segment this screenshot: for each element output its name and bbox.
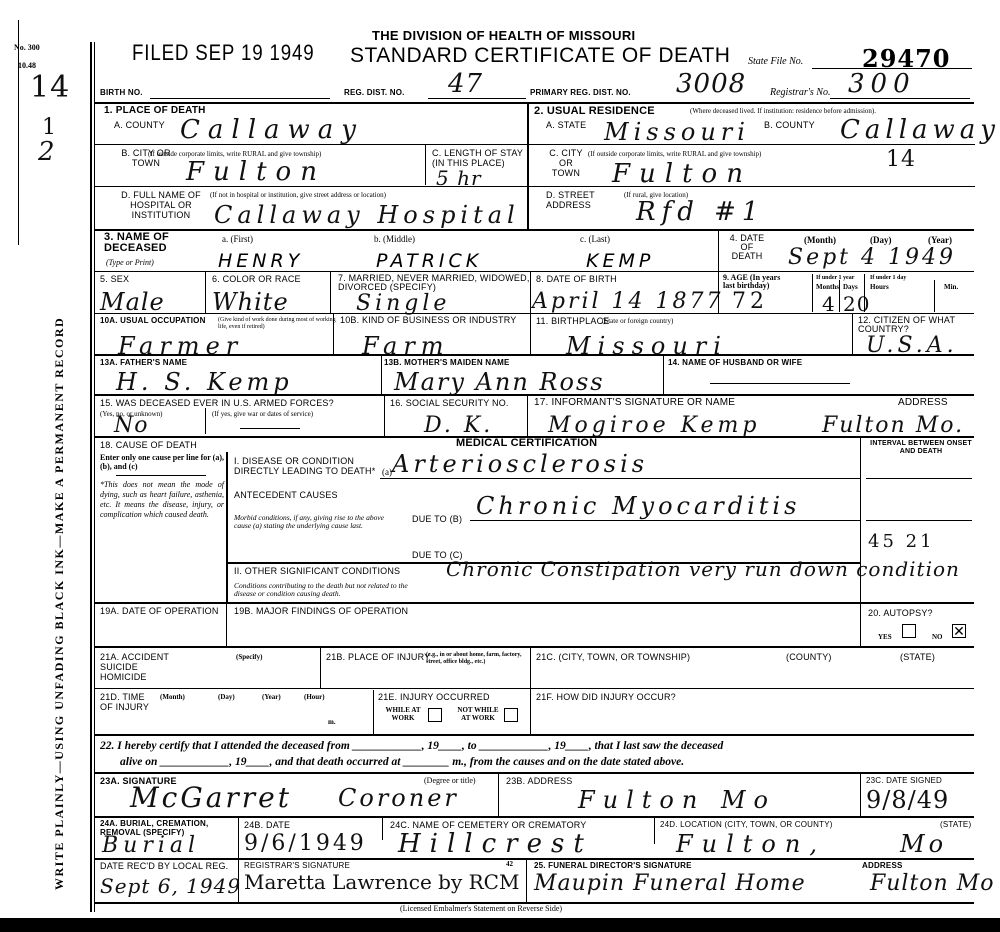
burial-location-state-label: (State): [940, 820, 971, 830]
funeral-director-value: Maupin Funeral Home: [534, 872, 806, 896]
rule: [866, 478, 972, 479]
margin-handwritten-2: 2: [38, 140, 56, 164]
injury-how-label: 21f. HOW DID INJURY OCCUR?: [536, 692, 676, 702]
dob-value: April 14 1877: [532, 290, 724, 314]
rule: [866, 520, 972, 521]
dod-month-label: (Month): [804, 236, 836, 244]
footer-note: (Licensed Embalmer's Statement on Revers…: [400, 905, 562, 913]
reg-dist-underline: [428, 98, 526, 99]
stay-label: c. LENGTH OF STAY (in this place): [432, 148, 527, 168]
reg-dist-label: REG. DIST. NO.: [344, 88, 405, 98]
residence-heading: 2. USUAL RESIDENCE: [534, 106, 655, 116]
divider: [425, 145, 426, 185]
dod-label: 4. DATE OF DEATH: [724, 234, 770, 261]
pod-county-label: a. COUNTY: [114, 120, 165, 130]
registrar-underline: [830, 98, 970, 99]
rule: [470, 520, 860, 521]
minutes-label: Min.: [944, 283, 958, 291]
rule: [94, 772, 974, 774]
divider: [718, 231, 719, 271]
injury-m-label: m.: [328, 718, 336, 726]
injury-type-note: (Specify): [236, 653, 262, 661]
check-x-icon: ✕: [953, 625, 965, 637]
res-street-value: Rfd #1: [636, 200, 764, 224]
last-name-value: KEMP: [586, 250, 654, 272]
rule: [94, 646, 974, 648]
marital-label: 7. MARRIED, NEVER MARRIED, WIDOWED, DIVO…: [338, 274, 538, 292]
scan-border: [0, 918, 1000, 932]
res-margin-note: 14: [886, 148, 916, 172]
injury-month-label: (Month): [160, 693, 185, 701]
father-value: H. S. Kemp: [116, 370, 293, 394]
rule: [94, 186, 527, 187]
injury-place-label: 21b. PLACE OF INJURY: [326, 652, 430, 662]
signature-value: McGarret: [130, 786, 292, 810]
divider: [718, 272, 719, 314]
margin-code: 10.48: [18, 62, 36, 70]
rule: [94, 858, 974, 860]
burial-location-value: Fulton,: [676, 832, 826, 856]
rule: [529, 144, 975, 145]
divider: [530, 272, 531, 314]
res-state-label: a. STATE: [546, 120, 586, 130]
autopsy-no-checkbox[interactable]: ✕: [952, 624, 966, 638]
informant-value: Mogiroe Kemp: [548, 414, 760, 438]
dod-value: Sept 4 1949: [788, 246, 956, 270]
divider: [654, 818, 655, 844]
under-day-label: If under 1 day: [870, 274, 906, 282]
injury-location-label: 21c. (CITY, TOWN, OR TOWNSHIP): [536, 652, 690, 662]
divider: [864, 274, 865, 312]
hospital-label: d. FULL NAME OF HOSPITAL OR INSTITUTION: [116, 190, 206, 220]
race-label: 6. COLOR OR RACE: [212, 274, 301, 284]
father-label: 13a. FATHER'S NAME: [100, 358, 187, 368]
injury-day-label: (Day): [218, 693, 235, 701]
race-value: White: [212, 290, 289, 314]
received-label: DATE REC'D BY LOCAL REG.: [100, 861, 228, 871]
registrar-code: 42: [506, 860, 513, 868]
divider: [839, 280, 840, 312]
rule: [94, 354, 974, 356]
res-street-label: d. STREET ADDRESS: [546, 190, 602, 210]
hospital-value: Callaway Hospital: [214, 203, 520, 227]
spouse-label: 14. NAME OF HUSBAND OR WIFE: [668, 358, 802, 368]
res-state-value: Missouri: [604, 120, 750, 144]
rule: [94, 271, 974, 272]
birth-no-underline: [150, 98, 330, 99]
reg-dist-number: 47: [448, 72, 483, 96]
divider: [812, 274, 813, 312]
form-left-border: [90, 42, 92, 912]
armed-service-dash: [240, 428, 300, 429]
cemetery-value: Hillcrest: [398, 832, 593, 856]
not-while-at-work-label: NOT WHILE AT WORK: [454, 706, 502, 722]
divider: [320, 648, 321, 688]
injury-time-label: 21d. TIME OF INJURY: [100, 692, 160, 712]
operation-date-label: 19a. DATE OF OPERATION: [100, 606, 222, 616]
agency-name: THE DIVISION OF HEALTH OF MISSOURI: [372, 28, 635, 43]
cause-a-marker: (a): [382, 468, 392, 476]
antecedent-note: Morbid conditions, if any, giving rise t…: [234, 514, 394, 530]
divider: [860, 438, 861, 602]
date-signed-label: 23c. DATE SIGNED: [866, 776, 942, 786]
divider: [526, 860, 527, 904]
primary-reg-label: PRIMARY REG. DIST. NO.: [530, 88, 631, 98]
citizen-label: 12. CITIZEN OF WHAT COUNTRY?: [858, 316, 978, 334]
mother-label: 13b. MOTHER'S MAIDEN NAME: [384, 358, 510, 368]
while-at-work-label: WHILE AT WORK: [380, 706, 426, 722]
divider: [384, 396, 385, 436]
cause-b-value: Chronic Myocarditis: [476, 494, 800, 518]
burial-date-value: 9/6/1949: [244, 832, 367, 856]
residence-note: (Where deceased lived. If institution: r…: [690, 107, 980, 115]
pod-city-value: Fulton: [186, 160, 326, 184]
rule: [94, 394, 974, 396]
injury-county-label: (COUNTY): [786, 652, 832, 662]
divider: [527, 396, 528, 436]
cause-instruction: Enter only one cause per line for (a), (…: [100, 453, 224, 471]
autopsy-no-label: NO: [932, 633, 943, 641]
informant-address-value: Fulton Mo.: [822, 414, 964, 438]
hospital-note: (If not in hospital or institution, give…: [210, 191, 386, 199]
ssn-label: 16. SOCIAL SECURITY NO.: [390, 398, 524, 408]
under-year-label: If under 1 year: [816, 274, 854, 282]
title-value: Coroner: [338, 786, 459, 810]
divider: [530, 648, 531, 734]
res-county-value: Callaway: [840, 118, 1000, 142]
birthplace-note: (State or foreign country): [602, 317, 673, 325]
spouse-dash: [710, 383, 850, 384]
injury-state-label: (STATE): [900, 652, 935, 662]
state-file-label: State File No.: [748, 57, 803, 66]
certify-line1: 22. I hereby certify that I attended the…: [100, 740, 723, 752]
business-label: 10b. KIND OF BUSINESS OR INDUSTRY: [340, 316, 530, 325]
injury-year-label: (Year): [262, 693, 281, 701]
injury-occurred-label: 21e. INJURY OCCURRED: [378, 692, 490, 702]
address-label: 23b. ADDRESS: [506, 776, 572, 786]
header-rule: [94, 102, 974, 104]
date-signed-value: 9/8/49: [866, 788, 949, 812]
burial-date-label: 24b. DATE: [244, 820, 290, 830]
registrar-no-label: Registrar's No.: [770, 88, 830, 97]
divider: [205, 408, 206, 434]
pod-county-value: Callaway: [180, 118, 364, 142]
form-left-border-inner: [94, 42, 95, 912]
rule: [94, 734, 974, 736]
armed-forces-value: No: [114, 414, 149, 438]
cause-instruction-rule: [116, 475, 206, 476]
first-name-label: a. (First): [222, 235, 253, 243]
occupation-note: (Give kind of work done during most of w…: [100, 317, 336, 331]
res-city-value: Fulton: [612, 162, 752, 186]
sidebar-instruction: WRITE PLAINLY—USING UNFADING BLACK INK—M…: [52, 317, 67, 890]
rule: [94, 688, 974, 689]
informant-label: 17. INFORMANT'S SIGNATURE OR NAME: [534, 398, 735, 408]
certify-line2: alive on ____________, 19____, and that …: [120, 756, 684, 768]
middle-name-label: b. (Middle): [374, 235, 415, 243]
antecedent-label: ANTECEDENT CAUSES: [234, 490, 338, 500]
rule: [94, 816, 974, 818]
injury-hour-label: (Hour): [304, 693, 325, 701]
cause-footnote: *This does not mean the mode of dying, s…: [100, 480, 224, 520]
funeral-address-label: ADDRESS: [862, 861, 903, 871]
middle-name-value: PATRICK: [376, 250, 482, 272]
operation-findings-label: 19b. MAJOR FINDINGS OF OPERATION: [234, 606, 408, 616]
divider: [333, 314, 334, 354]
armed-forces-label: 15. WAS DECEASED EVER IN U.S. ARMED FORC…: [100, 398, 334, 408]
interval-label: INTERVAL BETWEEN ONSET AND DEATH: [868, 440, 974, 456]
armed-forces-note2: (If yes, give war or dates of service): [212, 410, 313, 418]
registrar-number: 300: [848, 72, 916, 96]
filed-stamp: FILED SEP 19 1949: [132, 40, 315, 66]
mother-value: Mary Ann Ross: [394, 370, 605, 394]
not-while-at-work-checkbox[interactable]: [504, 708, 518, 722]
cause-label: 18. CAUSE OF DEATH: [100, 440, 197, 450]
divider: [226, 452, 228, 602]
received-value: Sept 6, 1949: [100, 874, 241, 898]
part2-label: II. OTHER SIGNIFICANT CONDITIONS: [234, 566, 400, 576]
rule: [380, 478, 860, 479]
medical-certification-heading: MEDICAL CERTIFICATION: [456, 438, 597, 448]
primary-reg-number: 3008: [676, 72, 746, 96]
injury-type-label: 21a. ACCIDENT SUICIDE HOMICIDE: [100, 652, 180, 682]
certificate-title: STANDARD CERTIFICATE OF DEATH: [350, 44, 730, 68]
address-value: Fulton Mo: [578, 788, 776, 812]
divider: [498, 774, 499, 816]
rule: [94, 229, 974, 231]
sex-value: Male: [100, 290, 165, 314]
name-note: (Type or Print): [106, 258, 154, 267]
cause-a-value: Arteriosclerosis: [392, 452, 648, 476]
burial-location-state-value: Mo: [900, 832, 947, 856]
sex-label: 5. SEX: [100, 274, 129, 284]
divider: [382, 818, 383, 840]
rule: [94, 144, 527, 145]
hours-label: Hours: [870, 283, 889, 291]
name-label: 3. NAME OF DECEASED: [104, 232, 184, 254]
burial-type-value: Burial: [102, 834, 200, 858]
dob-label: 8. DATE OF BIRTH: [536, 274, 617, 284]
injury-place-note: (e.g., in or about home, farm, factory, …: [426, 652, 526, 666]
divider: [330, 272, 331, 314]
part2-note: Conditions contributing to the death but…: [234, 582, 414, 598]
autopsy-yes-label: YES: [878, 633, 892, 641]
days-label: Days: [843, 283, 858, 291]
divider: [860, 774, 861, 816]
rule: [94, 313, 974, 314]
divider: [934, 280, 935, 312]
last-name-label: c. (Last): [580, 235, 610, 243]
autopsy-yes-checkbox[interactable]: [902, 624, 916, 638]
divider: [663, 356, 664, 394]
birthplace-label: 11. BIRTHPLACE: [536, 316, 610, 326]
dod-day-label: (Day): [870, 236, 892, 244]
divider: [527, 104, 529, 229]
margin-handwritten-14: 14: [30, 76, 70, 100]
due-to-b-label: DUE TO (b): [412, 514, 462, 524]
divider: [852, 314, 853, 354]
res-county-label: b. COUNTY: [764, 120, 815, 130]
margin-rule: [18, 20, 19, 245]
burial-location-label: 24d. LOCATION (City, town, or county): [660, 820, 833, 830]
informant-address-label: ADDRESS: [898, 398, 948, 408]
divider: [226, 604, 227, 646]
divider: [373, 690, 374, 734]
divider: [381, 356, 382, 394]
res-city-note: (If outside corporate limits, write RURA…: [588, 150, 848, 158]
age-label: 9. AGE (In years last birthday): [723, 274, 781, 290]
birth-no-label: BIRTH NO.: [100, 88, 143, 98]
divider: [205, 272, 206, 314]
registrar-signature-value: Maretta Lawrence by RCM: [244, 872, 519, 892]
autopsy-label: 20. AUTOPSY?: [868, 608, 933, 618]
ssn-value: D. K.: [424, 414, 493, 438]
rule: [529, 186, 975, 187]
months-label: Months: [816, 283, 839, 291]
while-at-work-checkbox[interactable]: [428, 708, 442, 722]
funeral-director-label: 25. FUNERAL DIRECTOR'S SIGNATURE: [534, 861, 692, 871]
funeral-address-value: Fulton Mo: [870, 872, 995, 896]
divider: [860, 604, 861, 646]
res-city-label: c. CITY OR TOWN: [546, 148, 586, 178]
dod-year-label: (Year): [928, 236, 952, 244]
first-name-value: HENRY: [218, 250, 303, 272]
part1-label: I. DISEASE OR CONDITION DIRECTLY LEADING…: [234, 456, 384, 476]
other-conditions-value: Chronic Constipation very run down condi…: [446, 556, 986, 582]
interval-c-value: 45 21: [868, 530, 935, 554]
age-years-value: 72: [732, 290, 768, 314]
divider: [530, 314, 531, 354]
